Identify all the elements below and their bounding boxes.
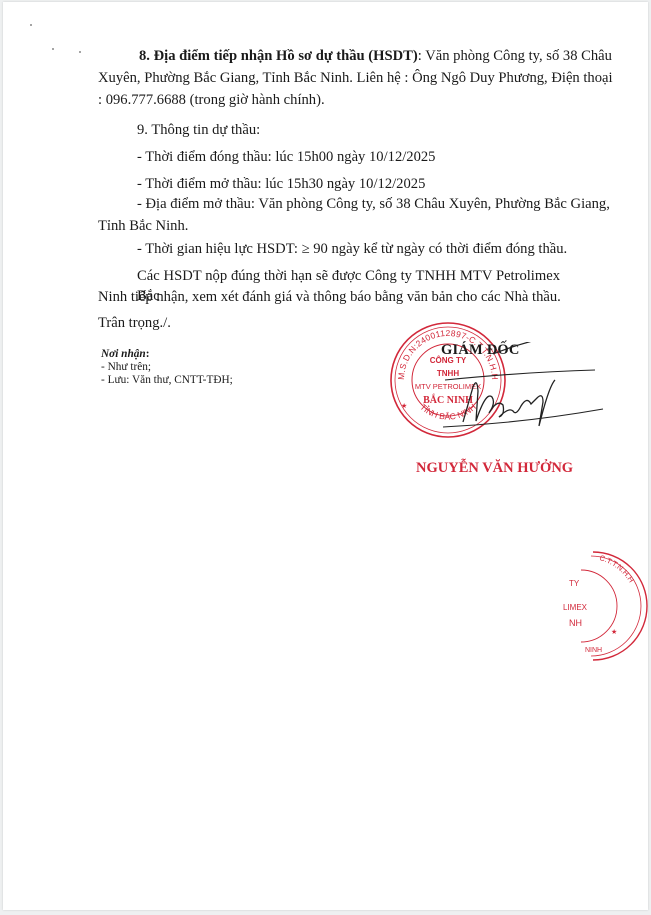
edge-stamp-line-1: TY — [569, 579, 580, 588]
recipients-title-line: Nơi nhận: — [101, 348, 233, 361]
recipients-title: Nơi nhận — [101, 348, 146, 360]
section-9-heading: 9. Thông tin dự thầu: — [137, 120, 260, 140]
opening-place-line-1: - Địa điểm mở thầu: Văn phòng Công ty, s… — [137, 194, 610, 214]
document-page: 8. Địa điểm tiếp nhận Hồ sơ dự thầu (HSD… — [3, 2, 648, 910]
scan-speck — [52, 48, 54, 50]
opening-time: - Thời điểm mở thầu: lúc 15h30 ngày 10/1… — [137, 174, 425, 194]
opening-place-line-2: Tỉnh Bắc Ninh. — [98, 216, 188, 236]
section-8-heading: 8. Địa điểm tiếp nhận Hồ sơ dự thầu (HSD… — [139, 48, 418, 64]
section-8-address-start: : Văn phòng Công ty, số 38 Châu — [418, 48, 612, 64]
recipient-item: - Lưu: Văn thư, CNTT-TĐH; — [101, 374, 233, 387]
section-8-line-3: : 096.777.6688 (trong giờ hành chính). — [98, 90, 325, 110]
edge-stamp-line-3: NH — [569, 618, 582, 628]
section-8-line-2: Xuyên, Phường Bắc Giang, Tỉnh Bắc Ninh. … — [98, 68, 613, 88]
handwritten-signature — [443, 342, 613, 432]
signer-name: NGUYỄN VĂN HƯỞNG — [416, 460, 573, 477]
bid-validity: - Thời gian hiệu lực HSDT: ≥ 90 ngày kể … — [137, 239, 567, 259]
section-8-line-1: 8. Địa điểm tiếp nhận Hồ sơ dự thầu (HSD… — [139, 46, 612, 66]
regards: Trân trọng./. — [98, 313, 171, 333]
edge-stamp-bottom-text: NINH — [585, 647, 602, 654]
recipients-title-colon: : — [146, 348, 150, 360]
recipient-item: - Như trên; — [101, 361, 233, 374]
recipients-block: Nơi nhận: - Như trên; - Lưu: Văn thư, CN… — [101, 348, 233, 387]
scan-speck — [79, 51, 81, 53]
partial-edge-stamp: C.T.T.N.H.H TY LIMEX NH NINH ★ — [563, 550, 648, 662]
scan-speck — [30, 24, 32, 26]
svg-text:★: ★ — [401, 402, 407, 410]
svg-text:★: ★ — [611, 628, 617, 636]
closing-time: - Thời điểm đóng thầu: lúc 15h00 ngày 10… — [137, 147, 435, 167]
closing-paragraph-line-2: Ninh tiếp nhận, xem xét đánh giá và thôn… — [98, 287, 561, 307]
edge-stamp-line-2: LIMEX — [563, 603, 588, 612]
